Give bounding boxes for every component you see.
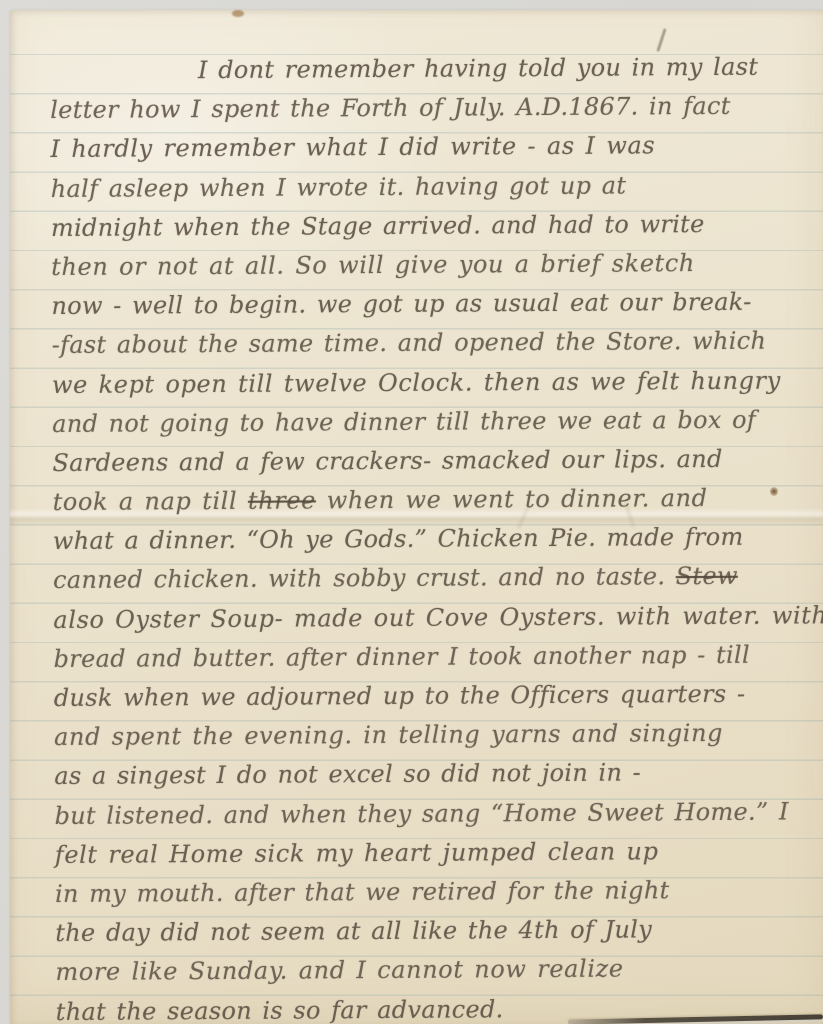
letter-line: Sardeens and a few crackers- smacked our…	[52, 439, 819, 483]
letter-line: what a dinner. “Oh ye Gods.” Chicken Pie…	[53, 518, 820, 562]
letter-line: now - well to begin. we got up as usual …	[51, 282, 818, 326]
letter-line: half asleep when I wrote it. having got …	[51, 165, 818, 209]
letter-line: we kept open till twelve Oclock. then as…	[52, 361, 819, 405]
letter-line: in my mouth. after that we retired for t…	[55, 870, 822, 914]
letter-line: -fast about the same time. and opened th…	[52, 322, 819, 366]
letter-line: took a nap till three when we went to di…	[53, 478, 820, 522]
letter-line: then or not at all. So will give you a b…	[51, 243, 818, 287]
letter-line: I dont remember having told you in my la…	[50, 47, 817, 91]
letter-line: as a singest I do not excel so did not j…	[54, 753, 821, 797]
letter-text: I dont remember having told you in my la…	[10, 5, 823, 1024]
letter-line: but listened. and when they sang “Home S…	[54, 792, 821, 836]
line-segment: canned chicken. with sobby crust. and no…	[53, 563, 676, 595]
letter-line: the day did not seem at all like the 4th…	[55, 909, 822, 953]
letter-line: and spent the evening. in telling yarns …	[54, 713, 821, 757]
letter-line: also Oyster Soup- made out Cove Oysters.…	[53, 596, 820, 640]
struck-word: three	[248, 486, 316, 514]
line-segment: when we went to dinner. and	[316, 484, 708, 514]
letter-line: bread and butter. after dinner I took an…	[53, 635, 820, 679]
letter-line: and not going to have dinner till three …	[52, 400, 819, 444]
letter-line: canned chicken. with sobby crust. and no…	[53, 557, 820, 601]
letter-line: I hardly remember what I did write - as …	[50, 126, 817, 170]
letter-page: I dont remember having told you in my la…	[10, 10, 823, 1024]
letter-line: dusk when we adjourned up to the Officer…	[54, 674, 821, 718]
letter-line: felt real Home sick my heart jumped clea…	[55, 831, 822, 875]
letter-line: letter how I spent the Forth of July. A.…	[50, 87, 817, 131]
letter-line: more like Sunday. and I cannot now reali…	[55, 949, 822, 993]
scan-background: I dont remember having told you in my la…	[0, 0, 823, 1024]
struck-word: Stew	[676, 562, 738, 590]
letter-line: midnight when the Stage arrived. and had…	[51, 204, 818, 248]
line-segment: took a nap till	[53, 487, 248, 516]
